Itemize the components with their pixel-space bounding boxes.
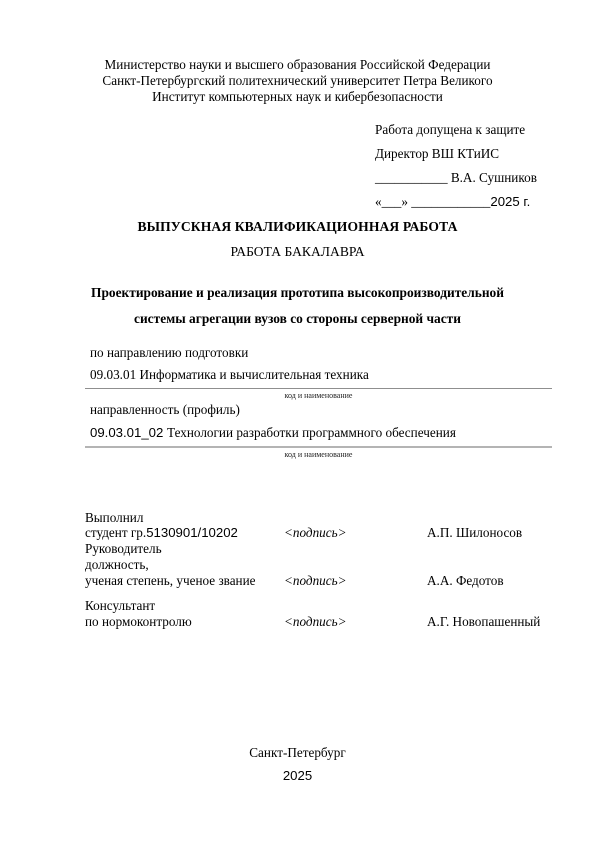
supervisor-signature-text: <подпись> (284, 573, 347, 588)
consultant-role-line1: Консультант (85, 598, 155, 614)
student-role-line2: студент гр.5130901/10202 (85, 525, 238, 541)
thesis-topic-line1: Проектирование и реализация прототипа вы… (0, 285, 595, 301)
approval-date-year: 2025 г. (490, 194, 530, 209)
thesis-topic-line2: системы агрегации вузов со стороны серве… (0, 311, 595, 327)
student-name: А.П. Шилоносов (427, 525, 522, 541)
approval-signature: ___________ В.А. Сушников (375, 170, 537, 186)
supervisor-role-line3: ученая степень, ученое звание (85, 573, 256, 589)
profile-code: 09.03.01_02 (90, 425, 163, 440)
direction-label: по направлению подготовки (90, 345, 248, 361)
document-subtitle: РАБОТА БАКАЛАВРА (0, 244, 595, 260)
document-title: ВЫПУСКНАЯ КВАЛИФИКАЦИОННАЯ РАБОТА (0, 219, 595, 235)
supervisor-role-line1: Руководитель (85, 541, 162, 557)
supervisor-name: А.А. Федотов (427, 573, 504, 589)
student-group: 5130901/10202 (146, 525, 238, 540)
direction-caption: код и наименование (85, 391, 552, 400)
ministry-line: Министерство науки и высшего образования… (0, 57, 595, 73)
approval-position: Директор ВШ КТиИС (375, 146, 499, 162)
direction-value: 09.03.01 Информатика и вычислительная те… (90, 367, 369, 383)
consultant-signature-slot: <подпись> (284, 614, 347, 630)
footer-year: 2025 (0, 768, 595, 783)
profile-underline (85, 446, 552, 448)
supervisor-role-line2: должность, (85, 557, 149, 573)
approval-admitted: Работа допущена к защите (375, 122, 525, 138)
student-group-prefix: студент гр. (85, 525, 146, 540)
approval-date: «___» ____________2025 г. (375, 194, 530, 210)
profile-name: Технологии разработки программного обесп… (167, 425, 456, 440)
direction-underline (85, 388, 552, 389)
supervisor-signature-slot: <подпись> (284, 573, 347, 589)
approval-date-blank: «___» ____________ (375, 194, 490, 209)
consultant-signature-text: <подпись> (284, 614, 347, 629)
university-line: Санкт-Петербургский политехнический унив… (0, 73, 595, 89)
consultant-name: А.Г. Новопашенный (427, 614, 540, 630)
footer-city: Санкт-Петербург (0, 745, 595, 761)
profile-caption: код и наименование (85, 450, 552, 459)
profile-value: 09.03.01_02 Технологии разработки програ… (90, 425, 456, 441)
profile-label: направленность (профиль) (90, 402, 240, 418)
consultant-role-line2: по нормоконтролю (85, 614, 192, 630)
institute-line: Институт компьютерных наук и кибербезопа… (0, 89, 595, 105)
student-signature-slot: <подпись> (284, 525, 347, 541)
student-signature-text: <подпись> (284, 525, 347, 540)
student-role-line1: Выполнил (85, 510, 143, 526)
